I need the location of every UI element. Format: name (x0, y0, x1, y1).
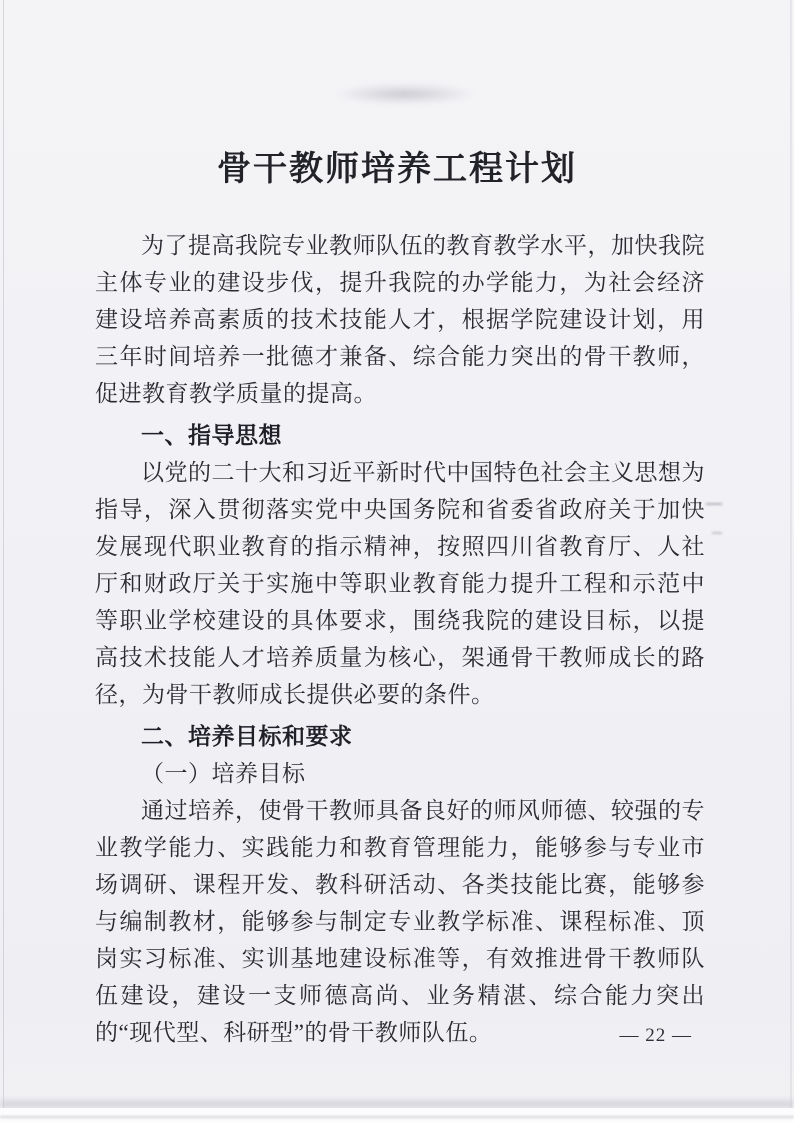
document-title: 骨干教师培养工程计划 (0, 141, 794, 190)
scan-smudge-bottom (0, 1100, 794, 1108)
scan-smudge-top (335, 84, 475, 104)
section-heading-guiding-ideology: 一、指导思想 (95, 417, 705, 454)
paragraph-introduction: 为了提高我院专业教师队伍的教育教学水平，加快我院主体专业的建设步伐，提升我院的办… (95, 227, 705, 412)
scan-artifact-mark (706, 503, 722, 505)
scan-line-bottom (0, 1116, 794, 1118)
subsection-heading-training-goal: （一）培养目标 (95, 755, 705, 792)
scan-edge-bottom (0, 1108, 794, 1122)
document-body: 为了提高我院专业教师队伍的教育教学水平，加快我院主体专业的建设步伐，提升我院的办… (95, 227, 705, 1051)
page-number: — 22 — (620, 1025, 693, 1047)
paragraph-guiding-ideology: 以党的二十大和习近平新时代中国特色社会主义思想为指导，深入贯彻落实党中央国务院和… (95, 454, 705, 713)
section-heading-training-goals: 二、培养目标和要求 (95, 718, 705, 755)
scanned-document-page: 骨干教师培养工程计划 为了提高我院专业教师队伍的教育教学水平，加快我院主体专业的… (0, 0, 794, 1122)
paragraph-training-goal: 通过培养，使骨干教师具备良好的师风师德、较强的专业教学能力、实践能力和教育管理能… (95, 792, 705, 1051)
scan-artifact-mark (712, 532, 722, 534)
